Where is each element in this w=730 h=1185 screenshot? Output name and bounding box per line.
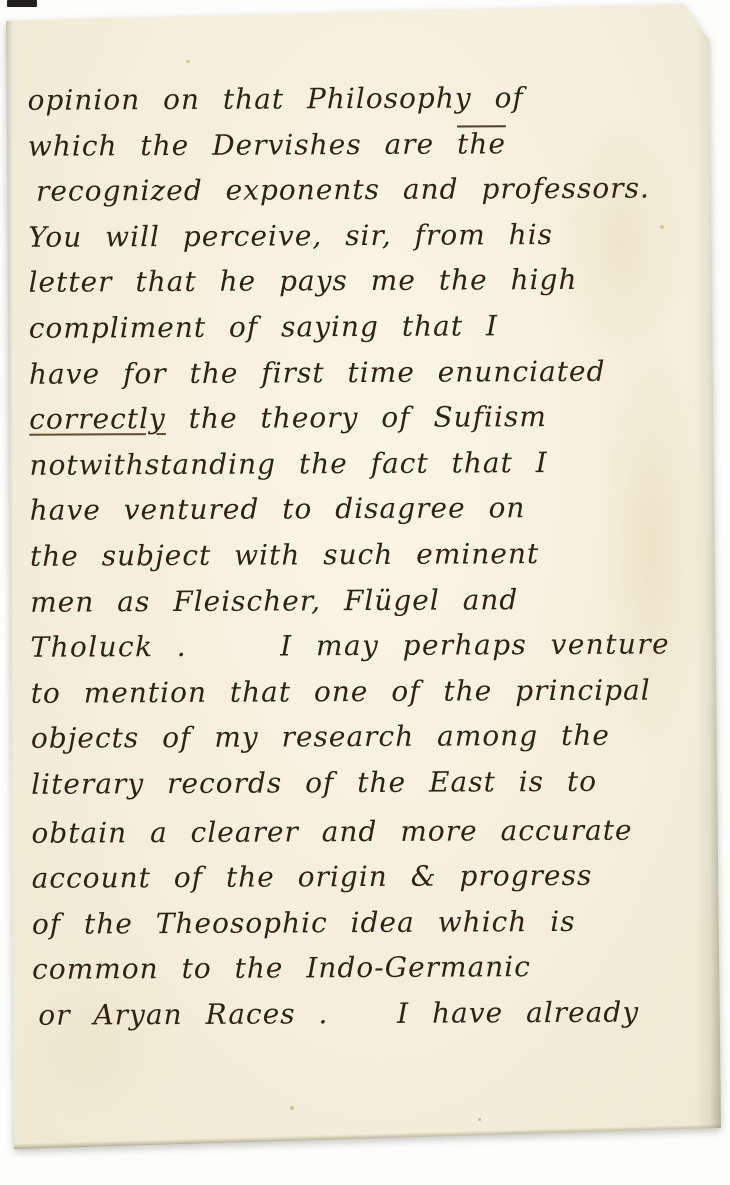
manuscript-text-segment: or Aryan Races . I have already [38,995,639,1031]
manuscript-text-segment: men as Fleischer, Flügel and [30,583,518,619]
manuscript-line: or Aryan Races . I have already [32,995,704,1044]
manuscript-line: account of the origin & progress [32,858,704,907]
manuscript-line: of the Theosophic idea which is [32,904,704,953]
scanned-letter-photo: opinion on that Philosophy ofwhich the D… [0,0,730,1185]
manuscript-text-segment: have ventured to disagree on [30,492,526,528]
letter-page-wrapper: opinion on that Philosophy ofwhich the D… [0,0,730,1185]
manuscript-line: have for the first time enunciated [29,354,701,403]
manuscript-line: have ventured to disagree on [30,491,702,540]
manuscript-text-segment: opinion on that Philosophy of [27,81,523,117]
foxing-speck [290,1106,294,1110]
paper-crease [5,20,13,1146]
manuscript-text-segment: the theory of Sufiism [166,400,547,435]
foxing-speck [478,1118,481,1121]
manuscript-text-segment: Tholuck . I may perhaps venture [30,628,670,664]
manuscript-text-segment: the subject with such eminent [30,537,539,573]
manuscript-line: to mention that one of the principal [31,673,703,722]
manuscript-text-segment: to mention that one of the principal [31,673,651,709]
manuscript-line: letter that he pays me the high [28,263,700,312]
manuscript-text-segment: the [457,127,506,160]
manuscript-text-segment: of the Theosophic idea which is [32,905,576,941]
manuscript-text-segment: notwithstanding the fact that I [29,446,547,482]
manuscript-text-segment: obtain a clearer and more accurate [31,813,632,849]
manuscript-line: men as Fleischer, Flügel and [30,582,702,631]
manuscript-text-segment: which the Dervishes are [28,127,457,162]
manuscript-text-segment: objects of my research among the [31,719,610,755]
paper-edge-shading [0,1123,730,1153]
manuscript-line: the subject with such eminent [30,536,702,585]
manuscript-line: common to the Indo-Germanic [32,950,704,999]
manuscript-line: You will perceive, sir, from his [28,217,700,266]
manuscript-line: compliment of saying that I [29,308,701,357]
manuscript-text-segment: compliment of saying that I [29,309,498,344]
manuscript-line: objects of my research among the [31,719,703,768]
manuscript-line: recognized exponents and professors. [28,171,700,220]
foxing-speck [186,60,190,63]
manuscript-text-segment: You will perceive, sir, from his [28,218,553,254]
manuscript-line: literary records of the East is to [31,764,703,813]
manuscript-line: correctly the theory of Sufiism [29,399,701,448]
manuscript-line: opinion on that Philosophy of [27,80,699,129]
letter-page: opinion on that Philosophy ofwhich the D… [0,0,730,1185]
manuscript-text-segment: literary records of the East is to [31,765,597,801]
manuscript-text-segment: have for the first time enunciated [29,354,606,390]
manuscript-line: obtain a clearer and more accurate [31,813,703,862]
manuscript-line: notwithstanding the fact that I [29,445,701,494]
manuscript-text-segment: letter that he pays me the high [28,263,577,299]
manuscript-line: which the Dervishes are the [28,126,700,175]
manuscript-text-segment: account of the origin & progress [32,859,593,895]
manuscript-line: Tholuck . I may perhaps venture [30,627,702,676]
manuscript-text-segment: correctly [29,402,166,436]
manuscript-text-segment: common to the Indo-Germanic [32,950,531,986]
manuscript-text-segment: recognized exponents and professors. [36,172,650,208]
manuscript-text-block: opinion on that Philosophy ofwhich the D… [27,80,704,1044]
scan-artifact [7,0,37,7]
